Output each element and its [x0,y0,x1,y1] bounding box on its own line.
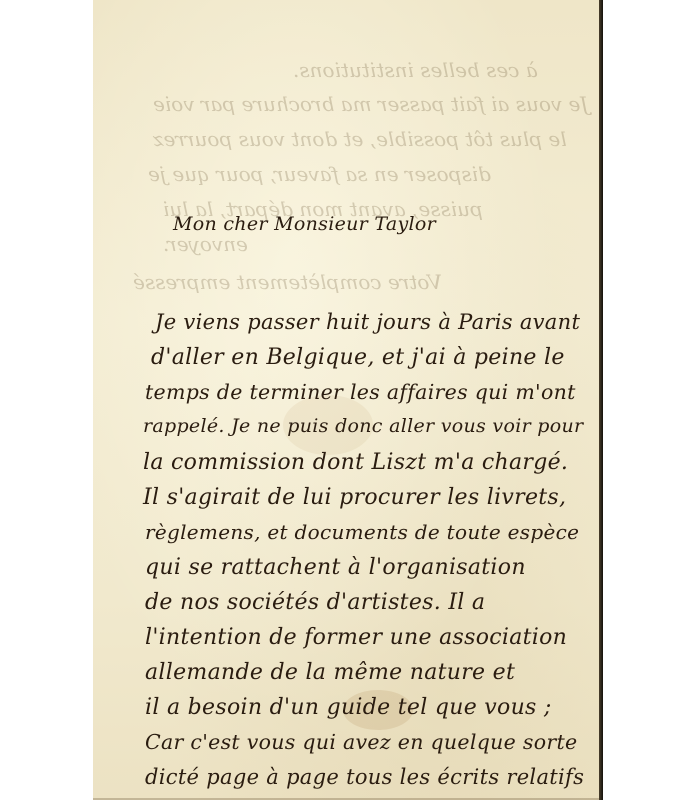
letter-page: à ces belles institutions. Je vous ai fa… [93,0,603,800]
bleed-line: Votre complètement empressé [133,270,442,294]
bleed-line: envoyer. [163,232,248,256]
bleed-line: à ces belles institutions. [293,58,538,82]
bleed-line: disposer en sa faveur, pour que je [148,162,491,186]
letter-line: l'intention de former une association [145,625,567,650]
letter-line: Il s'agirait de lui procurer les livrets… [143,485,566,510]
letter-line: temps de terminer les affaires qui m'ont [145,380,576,404]
letter-line: de nos sociétés d'artistes. Il a [145,590,485,615]
salutation: Mon cher Monsieur Taylor [173,213,436,235]
bleed-line: le plus tôt possible, et dont vous pourr… [153,127,567,151]
bleed-line: Je vous ai fait passer ma brochure par v… [153,92,588,116]
letter-line: Car c'est vous qui avez en quelque sorte [145,730,577,754]
letter-line: qui se rattachent à l'organisation [145,555,526,580]
letter-line: d'aller en Belgique, et j'ai à peine le [151,345,565,370]
letter-line: allemande de la même nature et [145,660,515,685]
letter-line: règlemens, et documents de toute espèce [145,520,579,544]
letter-line: la commission dont Liszt m'a chargé. [143,450,568,475]
letter-line: rappelé. Je ne puis donc aller vous voir… [143,415,583,437]
letter-line: Je viens passer huit jours à Paris avant [155,310,580,334]
letter-line: il a besoin d'un guide tel que vous ; [145,695,552,720]
letter-line: dicté page à page tous les écrits relati… [145,765,584,789]
